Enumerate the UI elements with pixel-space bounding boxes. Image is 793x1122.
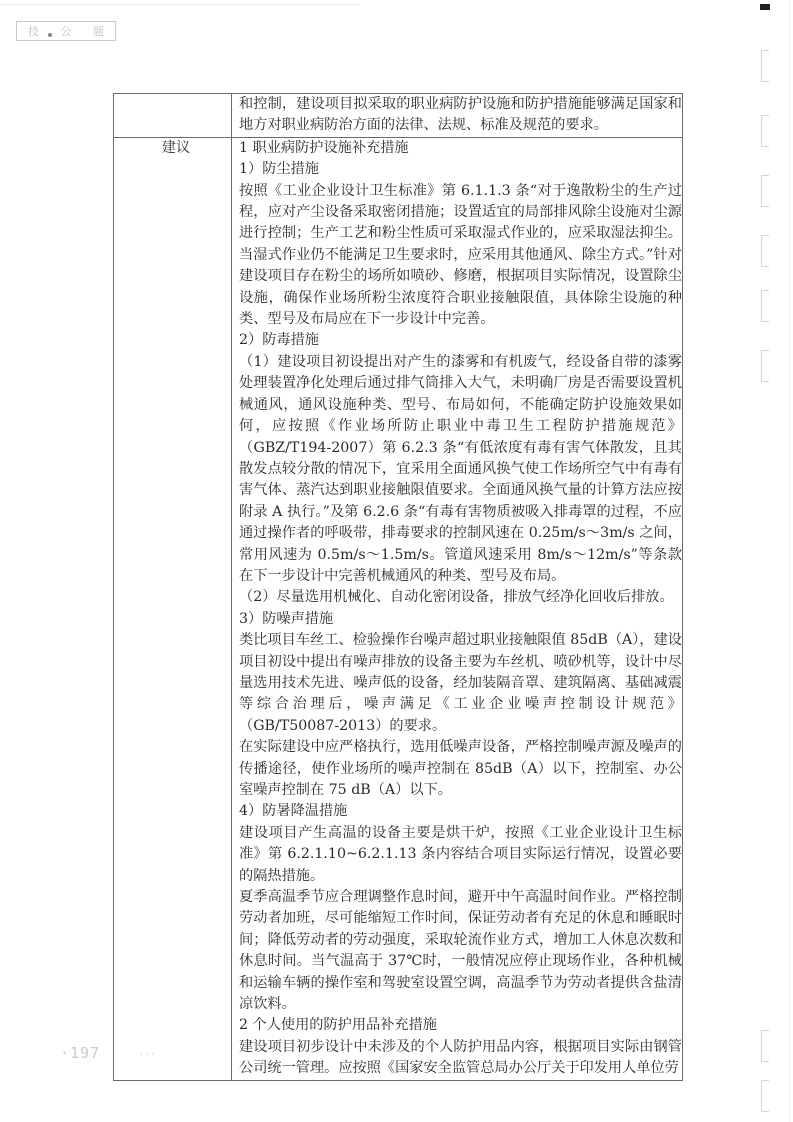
subsection-heading: 4）防暑降温措施 [239,801,682,822]
paragraph: 类比项目车丝工、检验操作台噪声超过职业接触限值 85dB（A），建设项目初设中提… [239,630,682,737]
binding-hole-icon [761,350,769,382]
paragraph: 按照《工业企业设计卫生标准》第 6.1.1.3 条“对于逸散粉尘的生产过程，应对… [239,181,682,331]
scan-speck [48,33,52,37]
row-label [114,94,232,138]
paragraph: （2）尽量选用机械化、自动化密闭设备，排放气经净化回收后排放。 [239,587,682,608]
page-number: ·197 [60,1044,100,1062]
binding-hole-icon [761,1080,769,1112]
recommendation-table: 和控制，建设项目拟采取的职业病防护设施和防护措施能够满足国家和地方对职业病防治方… [113,93,683,1081]
binding-hole-icon [761,115,769,147]
table-row: 建议 1 职业病防护设施补充措施 1）防尘措施 按照《工业企业设计卫生标准》第 … [114,137,683,1080]
binding-edge [789,0,790,1122]
binding-hole-icon [761,1030,769,1062]
binding-hole-icon [761,290,769,322]
paragraph: 建设项目初步设计中未涉及的个人防护用品内容，根据项目实际由钢管公司统一管理。应按… [239,1037,682,1080]
faded-stamp: 技 公 题 [16,21,116,41]
row-label-suggestion: 建议 [114,137,232,1080]
binding-hole-icon [761,175,769,207]
stamp-char: 技 [28,23,39,39]
scan-specks: · · · [140,1050,154,1060]
section-heading: 2 个人使用的防护用品补充措施 [239,1015,682,1036]
section-heading: 1 职业病防护设施补充措施 [239,138,682,159]
subsection-heading: 3）防噪声措施 [239,609,682,630]
subsection-heading: 2）防毒措施 [239,330,682,351]
scan-artifact-line [0,4,360,5]
row-content: 1 职业病防护设施补充措施 1）防尘措施 按照《工业企业设计卫生标准》第 6.1… [232,137,683,1080]
stamp-char: 题 [93,23,104,39]
paragraph: （1）建设项目初设提出对产生的漆雾和有机废气，经设备自带的漆雾处理装置净化处理后… [239,352,682,587]
corner-mark-icon [760,4,770,10]
paragraph: 和控制，建设项目拟采取的职业病防护设施和防护措施能够满足国家和地方对职业病防治方… [239,94,682,137]
paragraph: 夏季高温季节应合理调整作息时间，避开中午高温时间作业。严格控制劳动者加班，尽可能… [239,887,682,1015]
paragraph: 建设项目产生高温的设备主要是烘干炉，按照《工业企业设计卫生标准》第 6.2.1.… [239,823,682,887]
row-content: 和控制，建设项目拟采取的职业病防护设施和防护措施能够满足国家和地方对职业病防治方… [232,94,683,138]
table-row: 和控制，建设项目拟采取的职业病防护设施和防护措施能够满足国家和地方对职业病防治方… [114,94,683,138]
stamp-char: 公 [60,23,71,39]
binding-hole-icon [761,50,769,82]
subsection-heading: 1）防尘措施 [239,159,682,180]
paragraph: 在实际建设中应严格执行，选用低噪声设备，严格控制噪声源及噪声的传播途径，使作业场… [239,737,682,801]
binding-hole-icon [761,235,769,267]
